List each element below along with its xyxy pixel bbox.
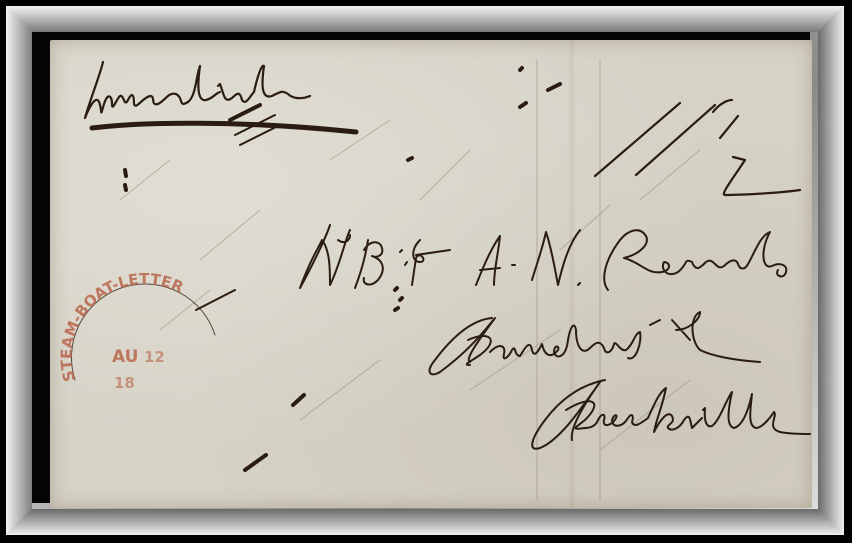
address-line-2-script [430,312,760,374]
steamboat-letter-handstamp: STEAM-BOAT-LETTER AU 12 18 [57,270,215,392]
bleed-through-marks [120,60,700,500]
docket-immediate [85,62,356,132]
address-line-3-script [532,380,810,449]
handstamp-year: 18 [114,374,135,392]
postage-rate [595,100,800,195]
handstamp-month: AU [112,347,138,367]
handwriting-layer: STEAM-BOAT-LETTER AU 12 18 [0,0,852,543]
address-line-1-script [300,225,786,290]
handstamp-day: 12 [144,348,165,366]
